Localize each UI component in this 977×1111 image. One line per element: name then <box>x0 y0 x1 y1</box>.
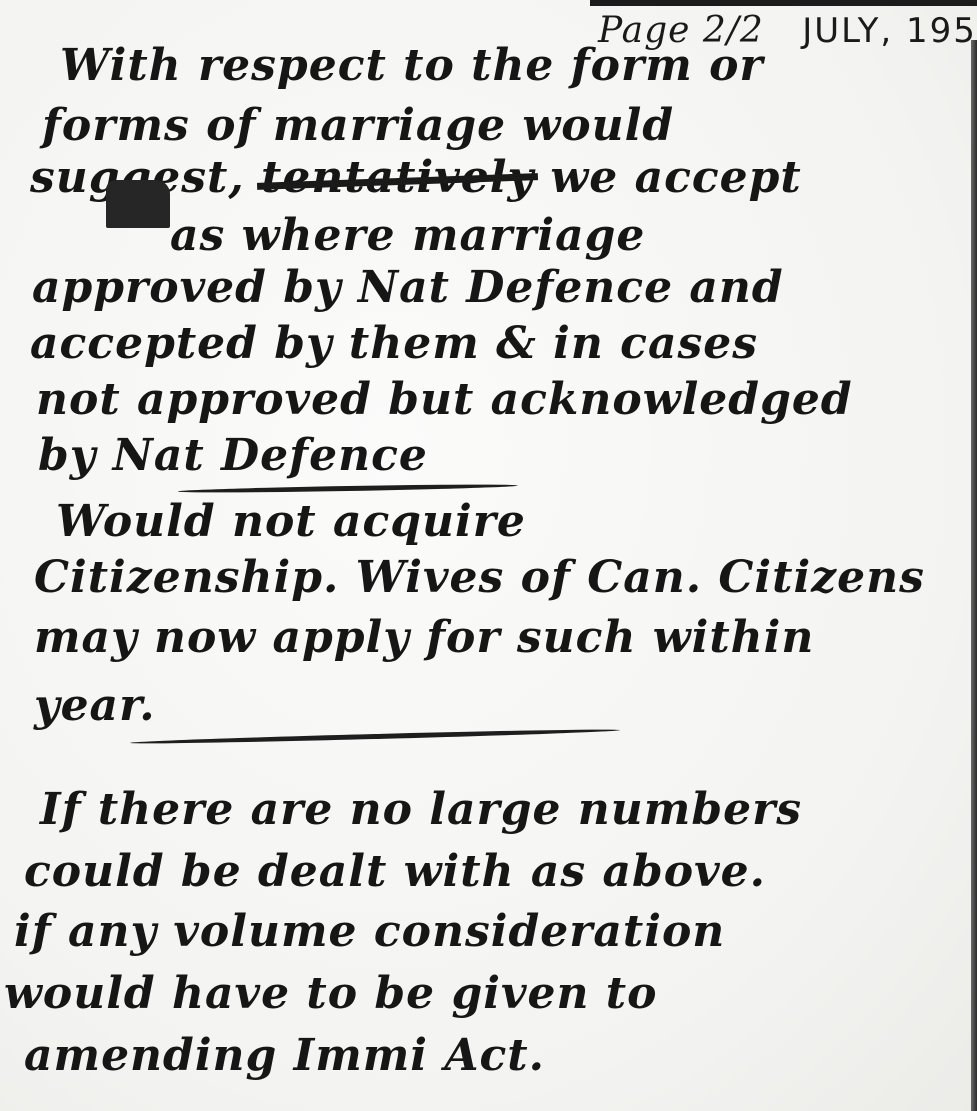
handwritten-line: would have to be given to <box>4 968 657 1019</box>
handwritten-line: forms of marriage would <box>42 100 674 151</box>
handwritten-line: Would not acquire <box>56 496 526 547</box>
handwritten-line: With respect to the form or <box>60 40 764 91</box>
handwritten-line: not approved but acknowledged <box>36 374 853 425</box>
handwritten-line: year. <box>34 680 156 731</box>
page-top-border <box>590 0 977 6</box>
handwritten-line: may now apply for such within <box>34 612 814 663</box>
handwritten-line: by Nat Defence <box>38 430 428 481</box>
handwritten-line: Citizenship. Wives of Can. Citizens <box>34 552 925 603</box>
handwritten-line: if any volume consideration <box>14 906 725 957</box>
handwritten-line: If there are no large numbers <box>40 784 802 835</box>
document-date: JULY, 1951 <box>802 11 977 51</box>
handwritten-line: accepted by them & in cases <box>30 318 758 369</box>
handwritten-line: amending Immi Act. <box>24 1030 545 1081</box>
redaction-blot <box>106 180 170 228</box>
handwritten-line: could be dealt with as above. <box>24 846 766 897</box>
handwritten-line: as where marriage <box>170 210 645 261</box>
page-right-edge-shadow <box>971 40 977 1111</box>
handwritten-text: we accept <box>550 152 801 203</box>
struck-through-word: tentatively <box>261 152 534 203</box>
handwritten-line: approved by Nat Defence and <box>32 262 784 313</box>
